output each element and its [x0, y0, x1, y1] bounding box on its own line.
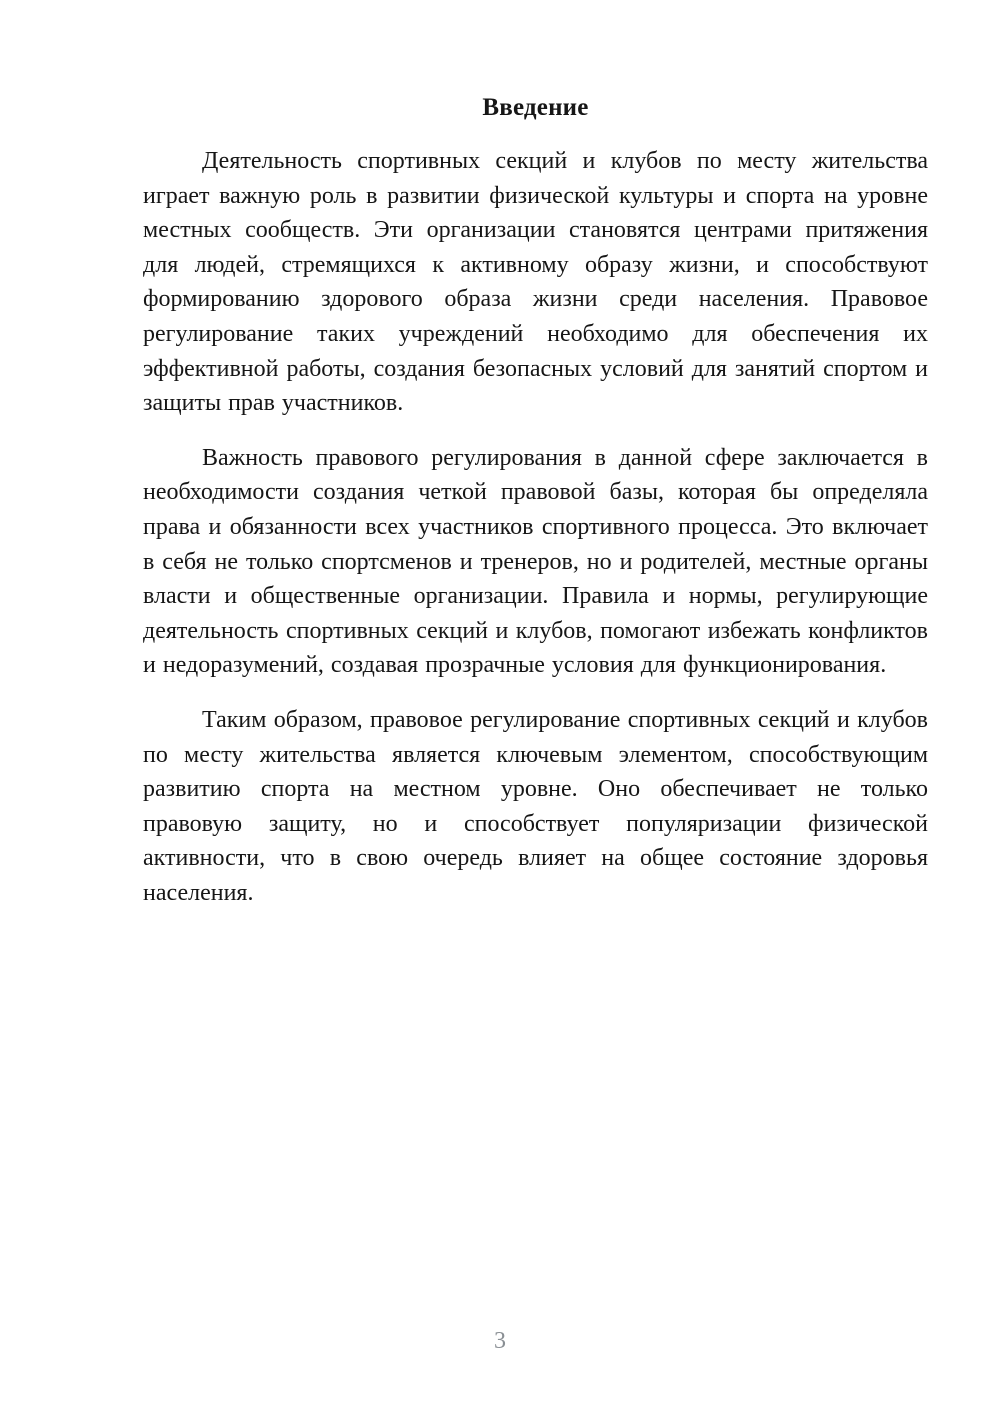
page-number: 3	[0, 1326, 1000, 1356]
document-page: Введение Деятельность спортивных секций …	[0, 0, 1000, 1414]
paragraph-2: Важность правового регулирования в данно…	[143, 441, 928, 683]
paragraph-3: Таким образом, правовое регулирование сп…	[143, 703, 928, 911]
paragraph-1: Деятельность спортивных секций и клубов …	[143, 144, 928, 421]
page-title: Введение	[143, 90, 928, 126]
